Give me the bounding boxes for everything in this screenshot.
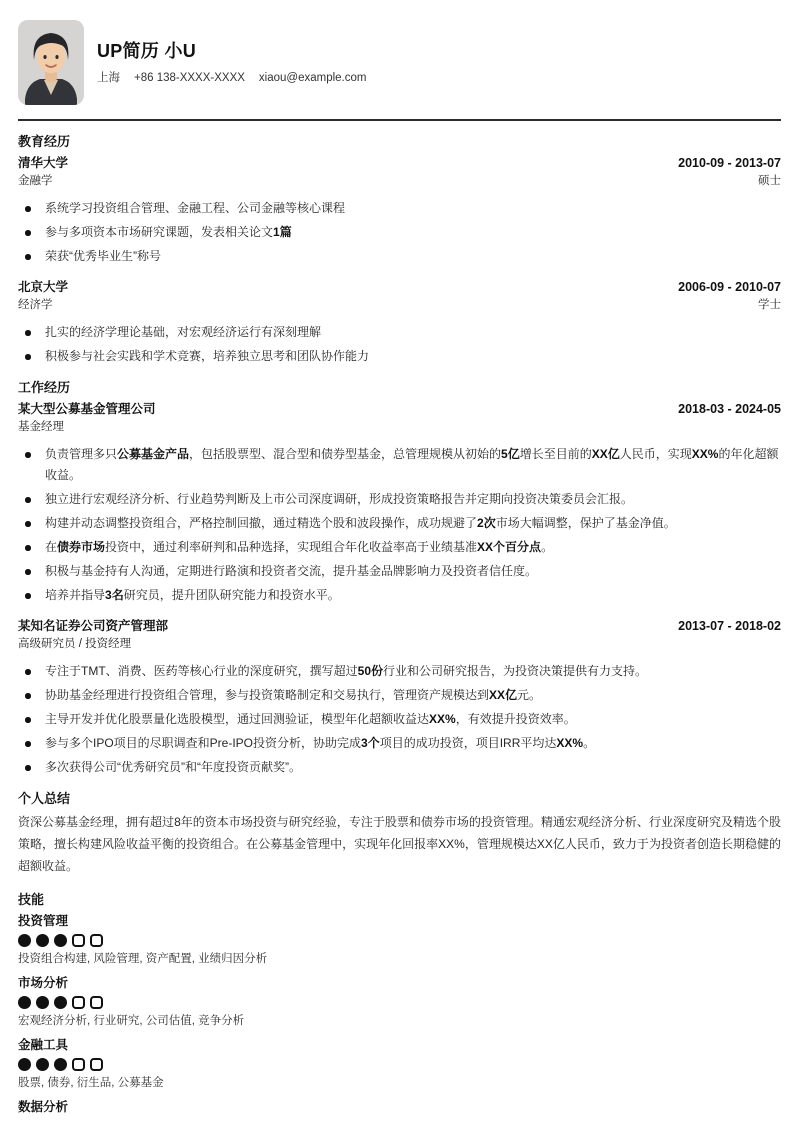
entry-title: 某知名证券公司资产管理部 — [18, 618, 168, 635]
resume-entry: 某知名证券公司资产管理部2013-07 - 2018-02高级研究员 / 投资经… — [18, 618, 781, 778]
highlight-text: 3个 — [361, 736, 380, 750]
bullet-item: 积极参与社会实践和学术竞赛，培养独立思考和团队协作能力 — [18, 346, 781, 367]
entry-subheader: 高级研究员 / 投资经理 — [18, 636, 781, 652]
highlight-text: 50份 — [358, 664, 383, 678]
section-summary: 个人总结 资深公募基金经理，拥有超过8年的资本市场投资与研究经验，专注于股票和债… — [18, 790, 781, 877]
skill-name: 金融工具 — [18, 1038, 781, 1053]
entry-header: 清华大学2010-09 - 2013-07 — [18, 155, 781, 172]
rating-dot-filled — [54, 1058, 67, 1071]
bullet-item: 荣获“优秀毕业生”称号 — [18, 246, 781, 267]
bullet-item: 多次获得公司“优秀研究员”和“年度投资贡献奖”。 — [18, 757, 781, 778]
bullet-item: 构建并动态调整投资组合，严格控制回撤，通过精选个股和波段操作，成功规避了2次市场… — [18, 513, 781, 534]
rating-dot-empty — [72, 934, 85, 947]
bullet-item: 系统学习投资组合管理、金融工程、公司金融等核心课程 — [18, 198, 781, 219]
entry-date: 2010-09 - 2013-07 — [678, 155, 781, 172]
summary-section-title: 个人总结 — [18, 790, 781, 807]
rating-dot-empty — [90, 1058, 103, 1071]
entry-date: 2013-07 - 2018-02 — [678, 618, 781, 635]
entry-subheader: 经济学学士 — [18, 297, 781, 313]
skills-section-title: 技能 — [18, 891, 781, 908]
bullet-item: 专注于TMT、消费、医药等核心行业的深度研究，撰写超过50份行业和公司研究报告，… — [18, 661, 781, 682]
bullet-list: 负责管理多只公募基金产品，包括股票型、混合型和债券型基金，总管理规模从初始的5亿… — [18, 444, 781, 606]
skill-name: 投资管理 — [18, 914, 781, 929]
work-section-title: 工作经历 — [18, 379, 781, 396]
skill-item: 投资管理投资组合构建, 风险管理, 资产配置, 业绩归因分析 — [18, 914, 781, 966]
highlight-text: XX亿 — [592, 447, 620, 461]
skill-rating — [18, 996, 781, 1009]
skill-name: 市场分析 — [18, 976, 781, 991]
bullet-list: 专注于TMT、消费、医药等核心行业的深度研究，撰写超过50份行业和公司研究报告，… — [18, 661, 781, 778]
section-skills: 技能 投资管理投资组合构建, 风险管理, 资产配置, 业绩归因分析市场分析宏观经… — [18, 891, 781, 1115]
rating-dot-filled — [18, 934, 31, 947]
bullet-item: 负责管理多只公募基金产品，包括股票型、混合型和债券型基金，总管理规模从初始的5亿… — [18, 444, 781, 486]
location-text: 上海 — [97, 72, 120, 85]
rating-dot-empty — [90, 996, 103, 1009]
section-education: 教育经历 清华大学2010-09 - 2013-07金融学硕士系统学习投资组合管… — [18, 133, 781, 367]
highlight-text: 公募基金产品 — [117, 447, 189, 461]
rating-dot-filled — [54, 996, 67, 1009]
highlight-text: XX个百分点 — [477, 540, 541, 554]
rating-dot-filled — [18, 996, 31, 1009]
entry-subtitle: 金融学 — [18, 173, 53, 189]
profile-photo — [18, 20, 84, 105]
entry-header: 某大型公募基金管理公司2018-03 - 2024-05 — [18, 401, 781, 418]
highlight-text: 5亿 — [501, 447, 520, 461]
highlight-text: 债券市场 — [57, 540, 105, 554]
skill-keywords: 股票, 债券, 衍生品, 公募基金 — [18, 1076, 781, 1090]
bullet-item: 培养并指导3名研究员，提升团队研究能力和投资水平。 — [18, 585, 781, 606]
entry-subtitle: 经济学 — [18, 297, 53, 313]
education-entries: 清华大学2010-09 - 2013-07金融学硕士系统学习投资组合管理、金融工… — [18, 155, 781, 367]
skill-keywords: 宏观经济分析, 行业研究, 公司估值, 竞争分析 — [18, 1014, 781, 1028]
entry-date: 2006-09 - 2010-07 — [678, 279, 781, 296]
entry-header: 北京大学2006-09 - 2010-07 — [18, 279, 781, 296]
resume-entry: 某大型公募基金管理公司2018-03 - 2024-05基金经理负责管理多只公募… — [18, 401, 781, 606]
education-section-title: 教育经历 — [18, 133, 781, 150]
contact-line: 上海 +86 138-XXXX-XXXX xiaou@example.com — [97, 72, 366, 85]
skill-rating — [18, 1058, 781, 1071]
bullet-item: 主导开发并优化股票量化选股模型，通过回测验证，模型年化超额收益达XX%，有效提升… — [18, 709, 781, 730]
highlight-text: XX亿 — [489, 688, 517, 702]
summary-text: 资深公募基金经理，拥有超过8年的资本市场投资与研究经验，专注于股票和债券市场的投… — [18, 811, 781, 877]
highlight-text: 3名 — [105, 588, 124, 602]
entry-header: 某知名证券公司资产管理部2013-07 - 2018-02 — [18, 618, 781, 635]
entry-subtitle-right: 硕士 — [758, 173, 781, 189]
rating-dot-empty — [72, 996, 85, 1009]
entry-date: 2018-03 - 2024-05 — [678, 401, 781, 418]
email-text: xiaou@example.com — [259, 72, 367, 85]
entry-subheader: 金融学硕士 — [18, 173, 781, 189]
rating-dot-filled — [36, 996, 49, 1009]
bullet-item: 参与多个IPO项目的尽职调查和Pre-IPO投资分析，协助完成3个项目的成功投资… — [18, 733, 781, 754]
phone-text: +86 138-XXXX-XXXX — [134, 72, 245, 85]
entry-title: 某大型公募基金管理公司 — [18, 401, 156, 418]
resume-body: 教育经历 清华大学2010-09 - 2013-07金融学硕士系统学习投资组合管… — [18, 133, 781, 1115]
rating-dot-filled — [36, 1058, 49, 1071]
identity-block: UP简历 小U 上海 +86 138-XXXX-XXXX xiaou@examp… — [97, 20, 366, 105]
highlight-text: XX% — [556, 736, 583, 750]
bullet-item: 协助基金经理进行投资组合管理，参与投资策略制定和交易执行，管理资产规模达到XX亿… — [18, 685, 781, 706]
skill-rating — [18, 934, 781, 947]
entry-subtitle: 高级研究员 / 投资经理 — [18, 636, 131, 652]
candidate-name: UP简历 小U — [97, 41, 366, 62]
bullet-item: 独立进行宏观经济分析、行业趋势判断及上市公司深度调研，形成投资策略报告并定期向投… — [18, 489, 781, 510]
skill-item: 数据分析 — [18, 1100, 781, 1115]
highlight-text: XX% — [429, 712, 456, 726]
bullet-item: 在债券市场投资中，通过利率研判和品种选择，实现组合年化收益率高于业绩基准XX个百… — [18, 537, 781, 558]
highlight-text: 2次 — [477, 516, 496, 530]
resume-entry: 清华大学2010-09 - 2013-07金融学硕士系统学习投资组合管理、金融工… — [18, 155, 781, 267]
section-work: 工作经历 某大型公募基金管理公司2018-03 - 2024-05基金经理负责管… — [18, 379, 781, 778]
bullet-list: 扎实的经济学理论基础，对宏观经济运行有深刻理解积极参与社会实践和学术竞赛，培养独… — [18, 322, 781, 367]
entry-subtitle-right: 学士 — [758, 297, 781, 313]
highlight-text: 1篇 — [273, 225, 292, 239]
entry-title: 北京大学 — [18, 279, 68, 296]
entry-subheader: 基金经理 — [18, 419, 781, 435]
rating-dot-filled — [36, 934, 49, 947]
rating-dot-empty — [72, 1058, 85, 1071]
work-entries: 某大型公募基金管理公司2018-03 - 2024-05基金经理负责管理多只公募… — [18, 401, 781, 778]
skill-keywords: 投资组合构建, 风险管理, 资产配置, 业绩归因分析 — [18, 952, 781, 966]
avatar-illustration — [18, 20, 84, 105]
resume-header: UP简历 小U 上海 +86 138-XXXX-XXXX xiaou@examp… — [18, 0, 781, 105]
bullet-item: 参与多项资本市场研究课题，发表相关论文1篇 — [18, 222, 781, 243]
skill-items: 投资管理投资组合构建, 风险管理, 资产配置, 业绩归因分析市场分析宏观经济分析… — [18, 914, 781, 1115]
bullet-item: 扎实的经济学理论基础，对宏观经济运行有深刻理解 — [18, 322, 781, 343]
highlight-text: XX% — [692, 447, 719, 461]
bullet-item: 积极与基金持有人沟通，定期进行路演和投资者交流，提升基金品牌影响力及投资者信任度… — [18, 561, 781, 582]
skill-item: 市场分析宏观经济分析, 行业研究, 公司估值, 竞争分析 — [18, 976, 781, 1028]
bullet-list: 系统学习投资组合管理、金融工程、公司金融等核心课程参与多项资本市场研究课题，发表… — [18, 198, 781, 267]
skill-item: 金融工具股票, 债券, 衍生品, 公募基金 — [18, 1038, 781, 1090]
resume-page: UP简历 小U 上海 +86 138-XXXX-XXXX xiaou@examp… — [0, 0, 799, 1115]
rating-dot-filled — [54, 934, 67, 947]
entry-subtitle: 基金经理 — [18, 419, 64, 435]
entry-title: 清华大学 — [18, 155, 68, 172]
rating-dot-filled — [18, 1058, 31, 1071]
skill-name: 数据分析 — [18, 1100, 781, 1115]
header-divider — [18, 119, 781, 121]
resume-entry: 北京大学2006-09 - 2010-07经济学学士扎实的经济学理论基础，对宏观… — [18, 279, 781, 367]
rating-dot-empty — [90, 934, 103, 947]
